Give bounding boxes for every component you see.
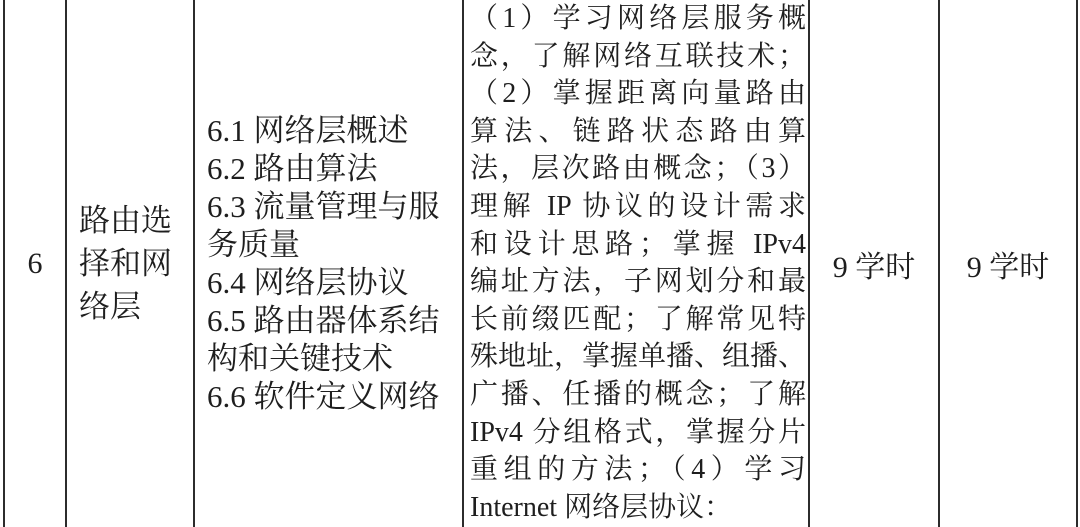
hours-2-value: 9 学时 <box>967 242 1050 286</box>
objectives-line: （1）学习网络层服务概 <box>470 0 806 38</box>
section-item: 6.4 网络层协议 <box>207 264 446 302</box>
objectives-line: 理解 IP 协议的设计需求 <box>470 188 806 226</box>
objectives-line: IPv4 分组格式，掌握分片 <box>470 414 806 452</box>
section-item: 6.6 软件定义网络 <box>207 378 446 416</box>
cell-objectives: （1）学习网络层服务概念，了解网络互联技术；（2）掌握距离向量路由算法、链路状态… <box>462 0 808 527</box>
objectives-line: 算法、链路状态路由算 <box>470 113 806 151</box>
cell-hours-1: 9 学时 <box>808 0 938 527</box>
objectives-line: 殊地址，掌握单播、组播、 <box>470 338 806 376</box>
objectives-line: 念，了解网络互联技术； <box>470 38 806 76</box>
section-item: 6.3 流量管理与服务质量 <box>207 188 446 264</box>
section-item: 6.1 网络层概述 <box>207 112 446 150</box>
objectives-line: 广播、任播的概念；了解 <box>470 376 806 414</box>
objectives-line: 和设计思路；掌握 IPv4 <box>470 226 806 264</box>
section-list: 6.1 网络层概述6.2 路由算法6.3 流量管理与服务质量6.4 网络层协议6… <box>207 112 446 416</box>
chapter-title: 路由选择和网络层 <box>79 199 176 328</box>
chapter-number: 6 <box>28 247 43 281</box>
objectives-text: （1）学习网络层服务概念，了解网络互联技术；（2）掌握距离向量路由算法、链路状态… <box>470 0 806 526</box>
cell-section-list: 6.1 网络层概述6.2 路由算法6.3 流量管理与服务质量6.4 网络层协议6… <box>193 0 462 527</box>
objectives-line: 法，层次路由概念；（3） <box>470 150 806 188</box>
objectives-line: （2）掌握距离向量路由 <box>470 75 806 113</box>
section-item: 6.2 路由算法 <box>207 150 446 188</box>
objectives-line: 长前缀匹配；了解常见特 <box>470 301 806 339</box>
cell-chapter-title: 路由选择和网络层 <box>65 0 193 527</box>
objectives-line: 重组的方法；（4）学习 <box>470 451 806 489</box>
objectives-line: 编址方法，子网划分和最 <box>470 263 806 301</box>
cell-chapter-number: 6 <box>3 0 65 527</box>
hours-1-value: 9 学时 <box>833 242 916 286</box>
section-item: 6.5 路由器体系结构和关键技术 <box>207 302 446 378</box>
objectives-line: Internet 网络层协议： <box>470 489 806 527</box>
cell-hours-2: 9 学时 <box>938 0 1078 527</box>
syllabus-table-row: 6 路由选择和网络层 6.1 网络层概述6.2 路由算法6.3 流量管理与服务质… <box>3 0 1078 527</box>
